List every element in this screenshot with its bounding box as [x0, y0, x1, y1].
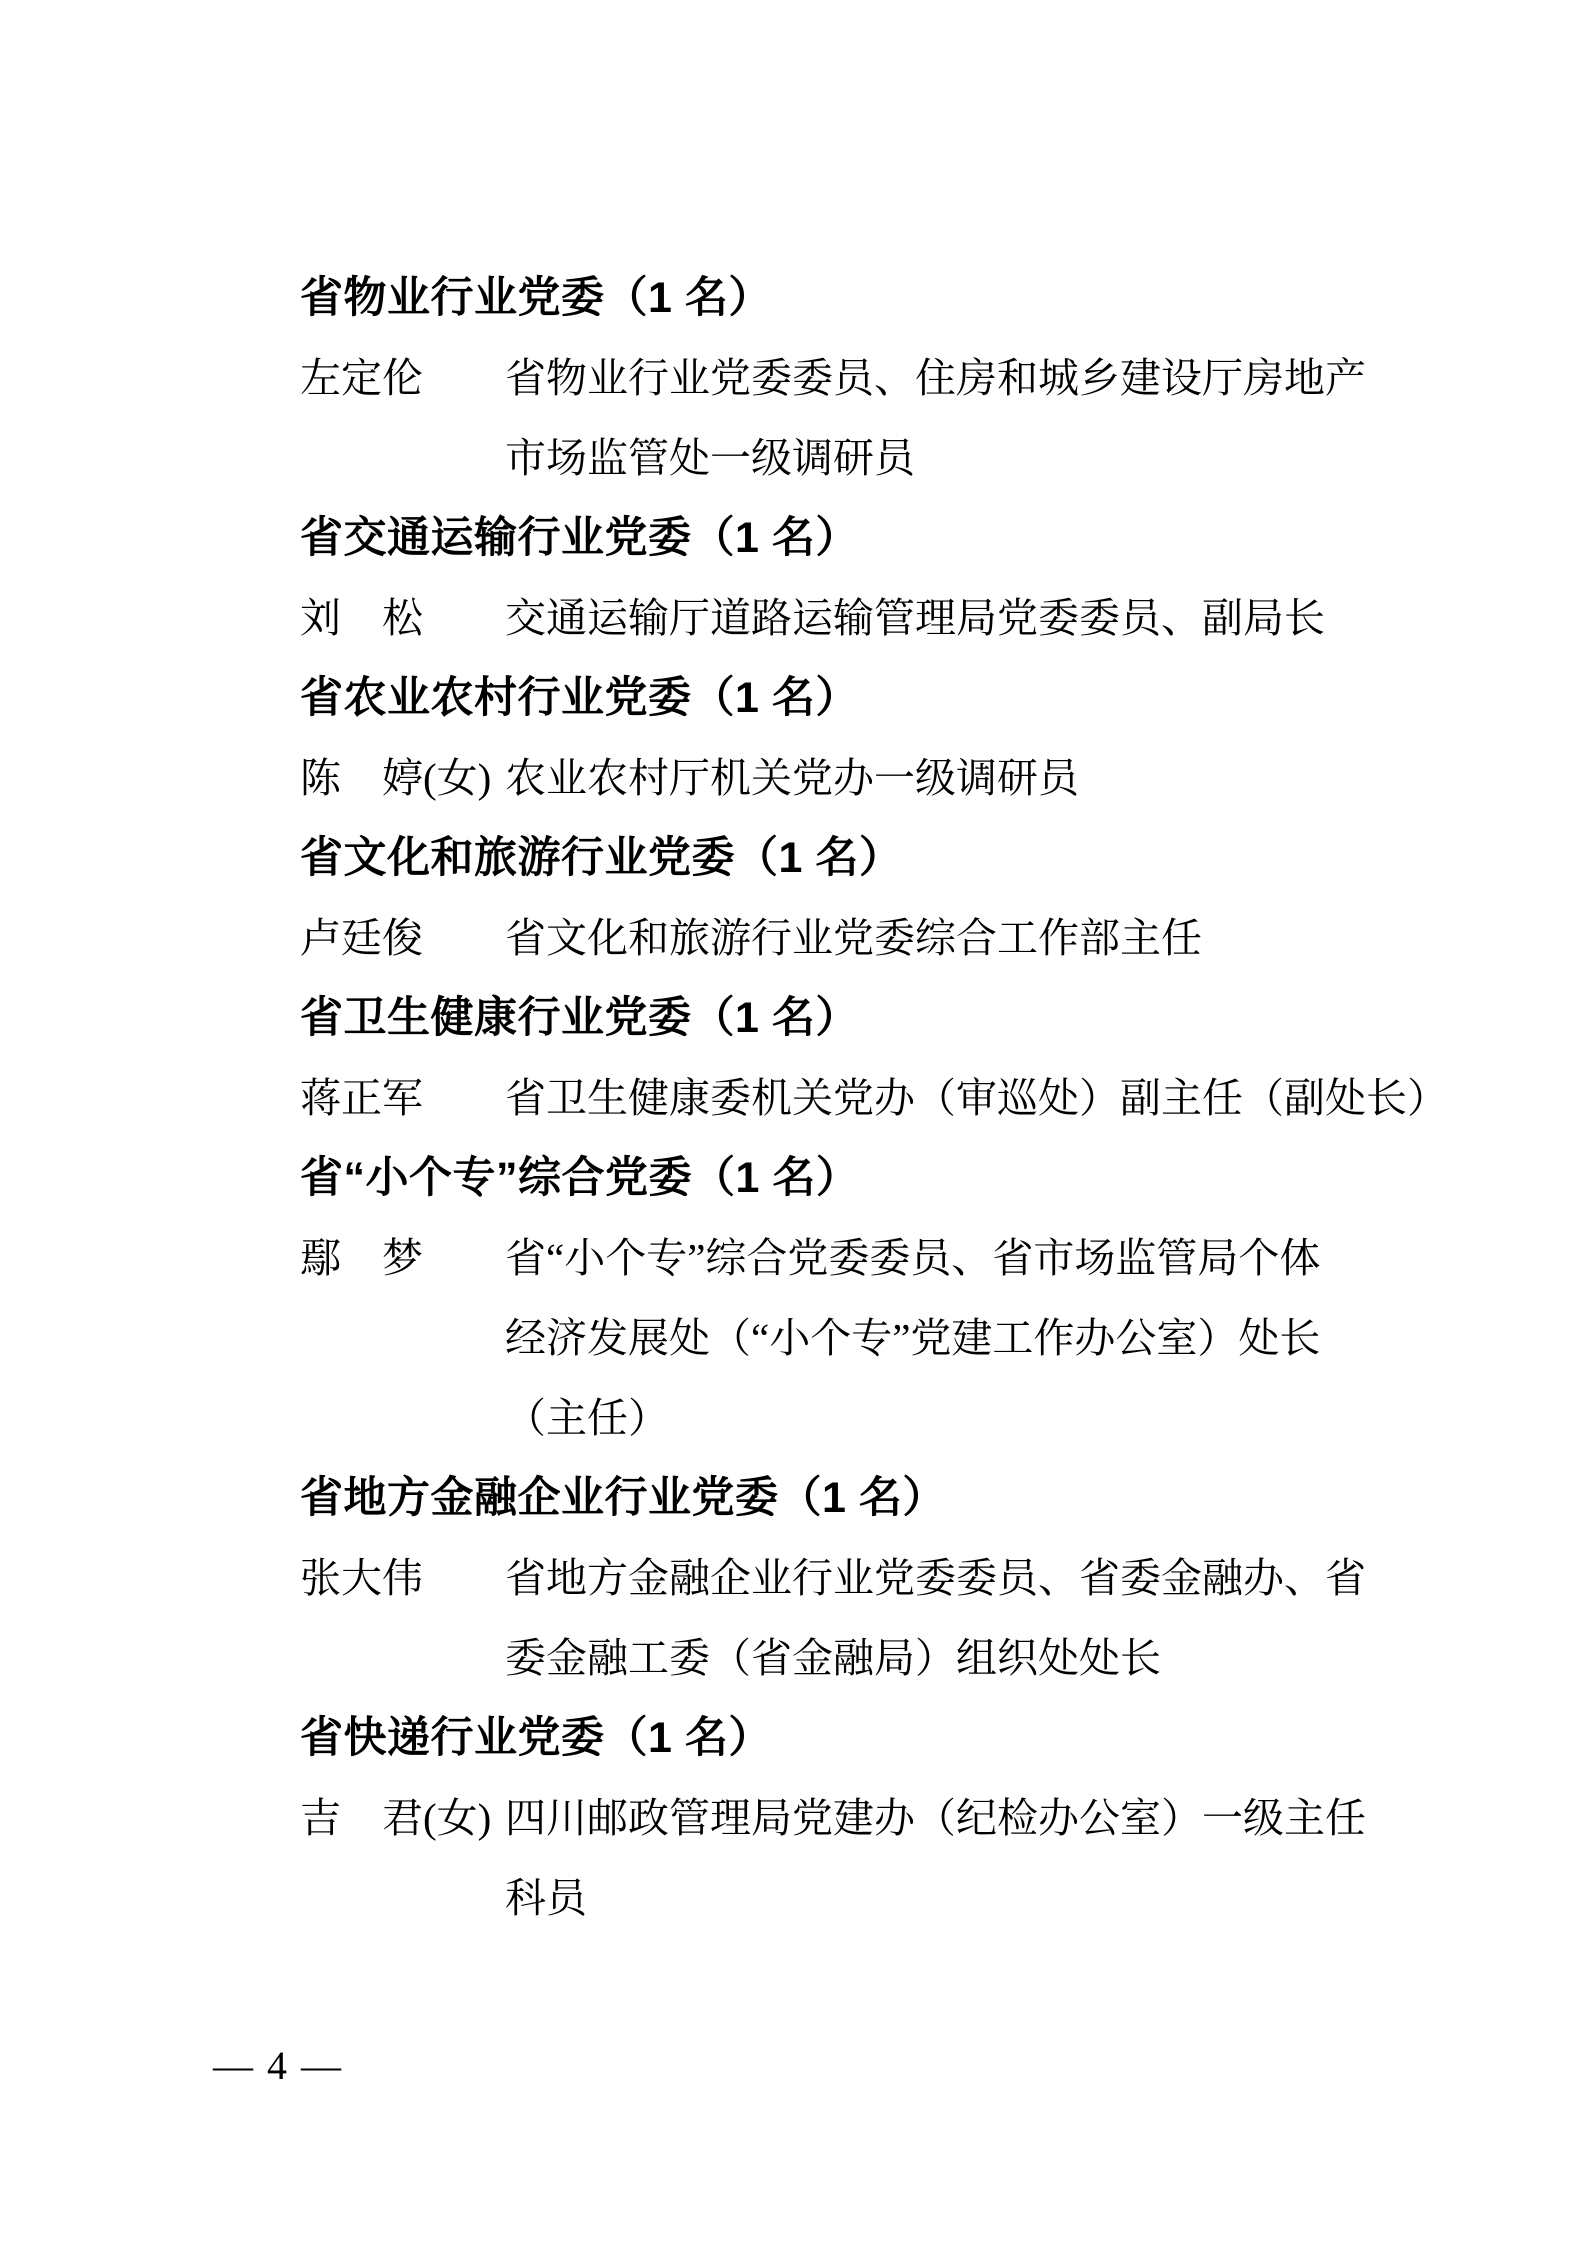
position-line: 交通运输厅道路运输管理局党委委员、副局长: [505, 578, 1420, 658]
section-title: 省农业农村行业党委（1 名）: [300, 658, 1420, 738]
section-title: 省“小个专”综合党委（1 名）: [300, 1138, 1420, 1218]
member-name: 刘 松: [300, 578, 505, 658]
section-local-finance-industry: 省地方金融企业行业党委（1 名） 张大伟 省地方金融企业行业党委委员、省委金融办…: [300, 1458, 1420, 1698]
position-line: 委金融工委（省金融局）组织处处长: [505, 1618, 1420, 1698]
position-line: （主任）: [505, 1378, 1420, 1458]
committee-member-entry: 鄢 梦 省“小个专”综合党委委员、省市场监管局个体 经济发展处（“小个专”党建工…: [300, 1218, 1420, 1458]
member-name: 张大伟: [300, 1538, 505, 1618]
section-xiaogezhuan-committee: 省“小个专”综合党委（1 名） 鄢 梦 省“小个专”综合党委委员、省市场监管局个…: [300, 1138, 1420, 1458]
committee-member-entry: 蒋正军 省卫生健康委机关党办（审巡处）副主任（副处长）: [300, 1058, 1420, 1138]
section-agriculture-industry: 省农业农村行业党委（1 名） 陈 婷(女) 农业农村厅机关党办一级调研员: [300, 658, 1420, 818]
section-property-industry: 省物业行业党委（1 名） 左定伦 省物业行业党委委员、住房和城乡建设厅房地产 市…: [300, 258, 1420, 498]
member-name: 陈 婷(女): [300, 738, 505, 818]
section-culture-tourism-industry: 省文化和旅游行业党委（1 名） 卢廷俊 省文化和旅游行业党委综合工作部主任: [300, 818, 1420, 978]
member-position: 省“小个专”综合党委委员、省市场监管局个体 经济发展处（“小个专”党建工作办公室…: [505, 1218, 1420, 1458]
member-position: 四川邮政管理局党建办（纪检办公室）一级主任 科员: [505, 1778, 1420, 1938]
member-name: 左定伦: [300, 338, 505, 418]
position-line: 科员: [505, 1858, 1420, 1938]
committee-member-entry: 卢廷俊 省文化和旅游行业党委综合工作部主任: [300, 898, 1420, 978]
section-title: 省地方金融企业行业党委（1 名）: [300, 1458, 1420, 1538]
section-health-industry: 省卫生健康行业党委（1 名） 蒋正军 省卫生健康委机关党办（审巡处）副主任（副处…: [300, 978, 1420, 1138]
document-content: 省物业行业党委（1 名） 左定伦 省物业行业党委委员、住房和城乡建设厅房地产 市…: [300, 258, 1420, 1938]
position-line: 省地方金融企业行业党委委员、省委金融办、省: [505, 1538, 1420, 1618]
section-title: 省物业行业党委（1 名）: [300, 258, 1420, 338]
section-title: 省交通运输行业党委（1 名）: [300, 498, 1420, 578]
section-title: 省卫生健康行业党委（1 名）: [300, 978, 1420, 1058]
member-name: 吉 君(女): [300, 1778, 505, 1858]
member-name: 卢廷俊: [300, 898, 505, 978]
member-position: 省文化和旅游行业党委综合工作部主任: [505, 898, 1420, 978]
position-line: 经济发展处（“小个专”党建工作办公室）处长: [505, 1298, 1420, 1378]
document-page: 省物业行业党委（1 名） 左定伦 省物业行业党委委员、住房和城乡建设厅房地产 市…: [0, 0, 1587, 2245]
section-title: 省文化和旅游行业党委（1 名）: [300, 818, 1420, 898]
member-name: 鄢 梦: [300, 1218, 505, 1298]
committee-member-entry: 刘 松 交通运输厅道路运输管理局党委委员、副局长: [300, 578, 1420, 658]
committee-member-entry: 吉 君(女) 四川邮政管理局党建办（纪检办公室）一级主任 科员: [300, 1778, 1420, 1938]
position-line: 省物业行业党委委员、住房和城乡建设厅房地产: [505, 338, 1420, 418]
committee-member-entry: 左定伦 省物业行业党委委员、住房和城乡建设厅房地产 市场监管处一级调研员: [300, 338, 1420, 498]
section-title: 省快递行业党委（1 名）: [300, 1698, 1420, 1778]
section-express-industry: 省快递行业党委（1 名） 吉 君(女) 四川邮政管理局党建办（纪检办公室）一级主…: [300, 1698, 1420, 1938]
member-position: 交通运输厅道路运输管理局党委委员、副局长: [505, 578, 1420, 658]
member-position: 省物业行业党委委员、住房和城乡建设厅房地产 市场监管处一级调研员: [505, 338, 1420, 498]
position-line: 省文化和旅游行业党委综合工作部主任: [505, 898, 1420, 978]
position-line: 省卫生健康委机关党办（审巡处）副主任（副处长）: [505, 1058, 1420, 1138]
committee-member-entry: 陈 婷(女) 农业农村厅机关党办一级调研员: [300, 738, 1420, 818]
member-name: 蒋正军: [300, 1058, 505, 1138]
page-number: — 4 —: [213, 2040, 343, 2092]
section-transport-industry: 省交通运输行业党委（1 名） 刘 松 交通运输厅道路运输管理局党委委员、副局长: [300, 498, 1420, 658]
committee-member-entry: 张大伟 省地方金融企业行业党委委员、省委金融办、省 委金融工委（省金融局）组织处…: [300, 1538, 1420, 1698]
position-line: 农业农村厅机关党办一级调研员: [505, 738, 1420, 818]
member-position: 省卫生健康委机关党办（审巡处）副主任（副处长）: [505, 1058, 1420, 1138]
position-line: 市场监管处一级调研员: [505, 418, 1420, 498]
position-line: 四川邮政管理局党建办（纪检办公室）一级主任: [505, 1778, 1420, 1858]
position-line: 省“小个专”综合党委委员、省市场监管局个体: [505, 1218, 1420, 1298]
member-position: 农业农村厅机关党办一级调研员: [505, 738, 1420, 818]
member-position: 省地方金融企业行业党委委员、省委金融办、省 委金融工委（省金融局）组织处处长: [505, 1538, 1420, 1698]
